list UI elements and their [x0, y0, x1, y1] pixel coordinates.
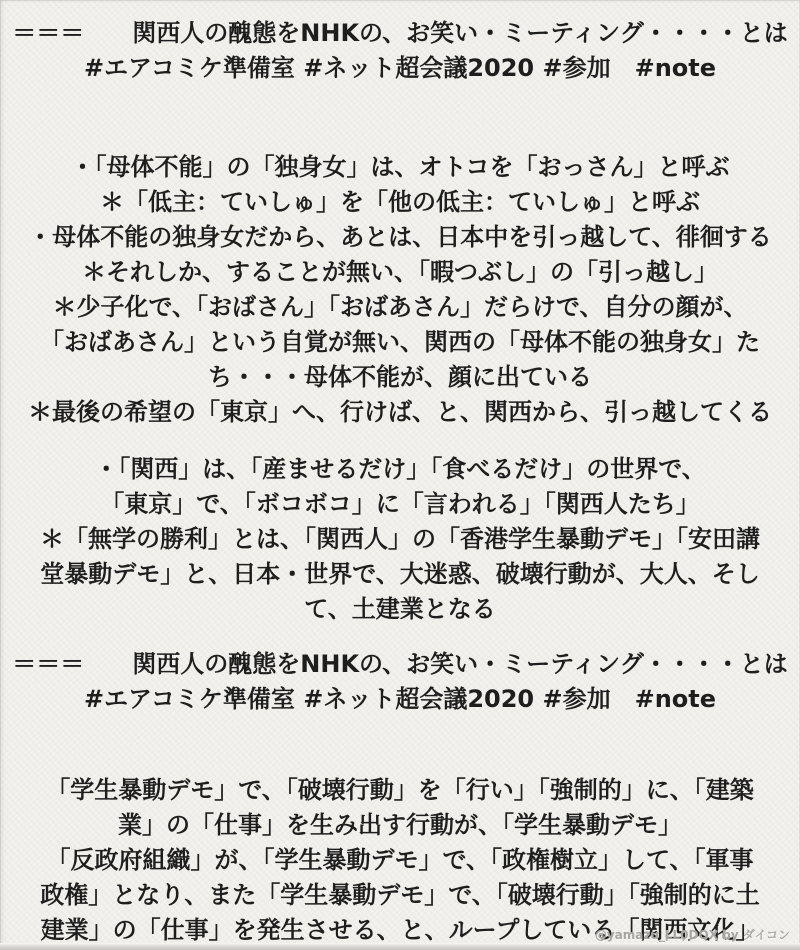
text-line: ＊最後の希望の「東京」へ、行けば、と、関西から、引っ越してくる: [10, 395, 790, 430]
header-block-top: ＝＝＝ 関西人の醜態をNHKの、お笑い・ミーティング・・・・とは #エアコミケ準…: [10, 16, 790, 86]
spacer: [10, 86, 790, 150]
header-title-line: ＝＝＝ 関西人の醜態をNHKの、お笑い・ミーティング・・・・とは: [10, 16, 790, 51]
spacer: [10, 627, 790, 647]
text-line: 堂暴動デモ」と、日本・世界で、大迷惑、破壊行動が、大人、そし: [10, 557, 790, 592]
text-line: ・「母体不能」の「独身女」は、オトコを「おっさん」と呼ぶ: [10, 150, 790, 185]
paper-background: ＝＝＝ 関西人の醜態をNHKの、お笑い・ミーティング・・・・とは #エアコミケ準…: [0, 0, 800, 950]
text-line: 業」の「仕事」を生み出す行動が、「学生暴動デモ」: [10, 808, 790, 843]
text-line: ・「関西」は、「産ませるだけ」「食べるだけ」の世界で、: [10, 452, 790, 487]
paragraph-block-1: ・「母体不能」の「独身女」は、オトコを「おっさん」と呼ぶ ＊「低主：ていしゅ」を…: [10, 150, 790, 430]
header-hashtags-line: #エアコミケ準備室 #ネット超会議2020 #参加 #note: [10, 682, 790, 717]
text-line: ・母体不能の独身女だから、あとは、日本中を引っ越して、徘徊する: [10, 220, 790, 255]
paragraph-block-3: 「学生暴動デモ」で、「破壊行動」を「行い」「強制的」に、「建築 業」の「仕事」を…: [10, 773, 790, 948]
text-line: ＊少子化で、「おばさん」「おばあさん」だらけで、自分の顔が、: [10, 290, 790, 325]
text-line: 「おばあさん」という自覚が無い、関西の「母体不能の独身女」た: [10, 325, 790, 360]
text-line: 「東京」で、「ボコボコ」に「言われる」「関西人たち」: [10, 487, 790, 522]
text-line: ち・・・母体不能が、顔に出ている: [10, 360, 790, 395]
text-line: て、土建業となる: [10, 592, 790, 627]
text-line: ＊それしか、することが無い、「暇つぶし」の「引っ越し」: [10, 255, 790, 290]
header-title-line: ＝＝＝ 関西人の醜態をNHKの、お笑い・ミーティング・・・・とは: [10, 647, 790, 682]
text-line: ＊「無学の勝利」とは、「関西人」の「香港学生暴動デモ」「安田講: [10, 522, 790, 557]
spacer: [10, 717, 790, 773]
header-block-repeat: ＝＝＝ 関西人の醜態をNHKの、お笑い・ミーティング・・・・とは #エアコミケ準…: [10, 647, 790, 717]
watermark-credit: @yamazu_LL0DQX by ダイコン: [595, 926, 790, 943]
text-line: 「学生暴動デモ」で、「破壊行動」を「行い」「強制的」に、「建築: [10, 773, 790, 808]
spacer: [10, 430, 790, 452]
text-line: 政権」となり、また「学生暴動デモ」で、「破壊行動」「強制的に土: [10, 878, 790, 913]
text-line: ＊「低主：ていしゅ」を「他の低主：ていしゅ」と呼ぶ: [10, 185, 790, 220]
header-hashtags-line: #エアコミケ準備室 #ネット超会議2020 #参加 #note: [10, 51, 790, 86]
text-line: 「反政府組織」が、「学生暴動デモ」で、「政権樹立」して、「軍事: [10, 843, 790, 878]
bottom-edge-shadow: [0, 943, 800, 950]
paragraph-block-2: ・「関西」は、「産ませるだけ」「食べるだけ」の世界で、 「東京」で、「ボコボコ」…: [10, 452, 790, 627]
text-column: ＝＝＝ 関西人の醜態をNHKの、お笑い・ミーティング・・・・とは #エアコミケ準…: [0, 0, 800, 948]
